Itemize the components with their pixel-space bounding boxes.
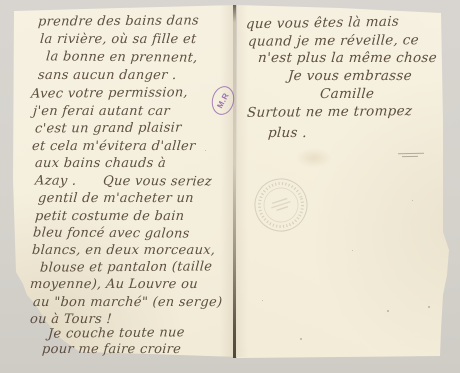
foxing-spot — [262, 300, 263, 301]
letter-line: n'est plus la même chose — [257, 50, 437, 66]
letter-line: la rivière, où sa fille et — [39, 32, 197, 47]
letter-line: c'est un grand plaisir — [34, 120, 182, 136]
letter-photograph: prendre des bains dans la rivière, où sa… — [0, 0, 460, 373]
letter-line: petit costume de bain — [34, 209, 184, 224]
letter-line: blouse et pantalon (taille — [39, 259, 212, 275]
foxing-spot — [300, 338, 302, 340]
letter-line: prendre des bains dans — [37, 13, 199, 29]
center-fold-line — [233, 5, 236, 358]
letter-line: quand je me réveille, ce — [247, 32, 419, 49]
letter-line: Avec votre permission, — [30, 85, 188, 101]
foxing-spot — [205, 150, 206, 151]
letter-line: la bonne en prennent, — [45, 49, 198, 65]
letter-line: sans aucun danger . — [37, 68, 177, 83]
closing-line: Je vous embrasse — [287, 68, 412, 84]
letter-line: blancs, en deux morceaux, — [31, 243, 215, 258]
letter-line: ou à Tours ! — [29, 312, 112, 327]
letter-line: j'en ferai autant car — [32, 104, 170, 119]
letter-line: pour me faire croire — [41, 342, 181, 357]
foxing-spot — [387, 310, 389, 312]
letter-line: au "bon marché" (en serge) — [32, 295, 222, 310]
pencil-annotation — [398, 153, 424, 158]
letter-line: Azay . Que vous seriez — [34, 174, 212, 190]
letter-line: gentil de m'acheter un — [37, 191, 194, 206]
mr-monogram-text: M.R — [215, 91, 231, 110]
foxing-spot — [412, 200, 413, 201]
postscript-line: Surtout ne me trompez — [246, 103, 412, 121]
foxing-spot — [428, 306, 430, 308]
postscript-line: plus . — [267, 125, 307, 141]
letter-line: que vous êtes là mais — [245, 14, 399, 33]
paper-stain — [296, 148, 332, 168]
foxing-spot — [352, 250, 353, 251]
signature: Camille — [319, 86, 374, 102]
letter-line: aux bains chauds à — [34, 156, 166, 171]
letter-line: moyenne), Au Louvre ou — [29, 277, 198, 292]
letter-line: et cela m'évitera d'aller — [31, 139, 196, 154]
letter-line: Je couche toute nue — [48, 325, 186, 341]
letter-line: bleu foncé avec galons — [32, 225, 190, 241]
